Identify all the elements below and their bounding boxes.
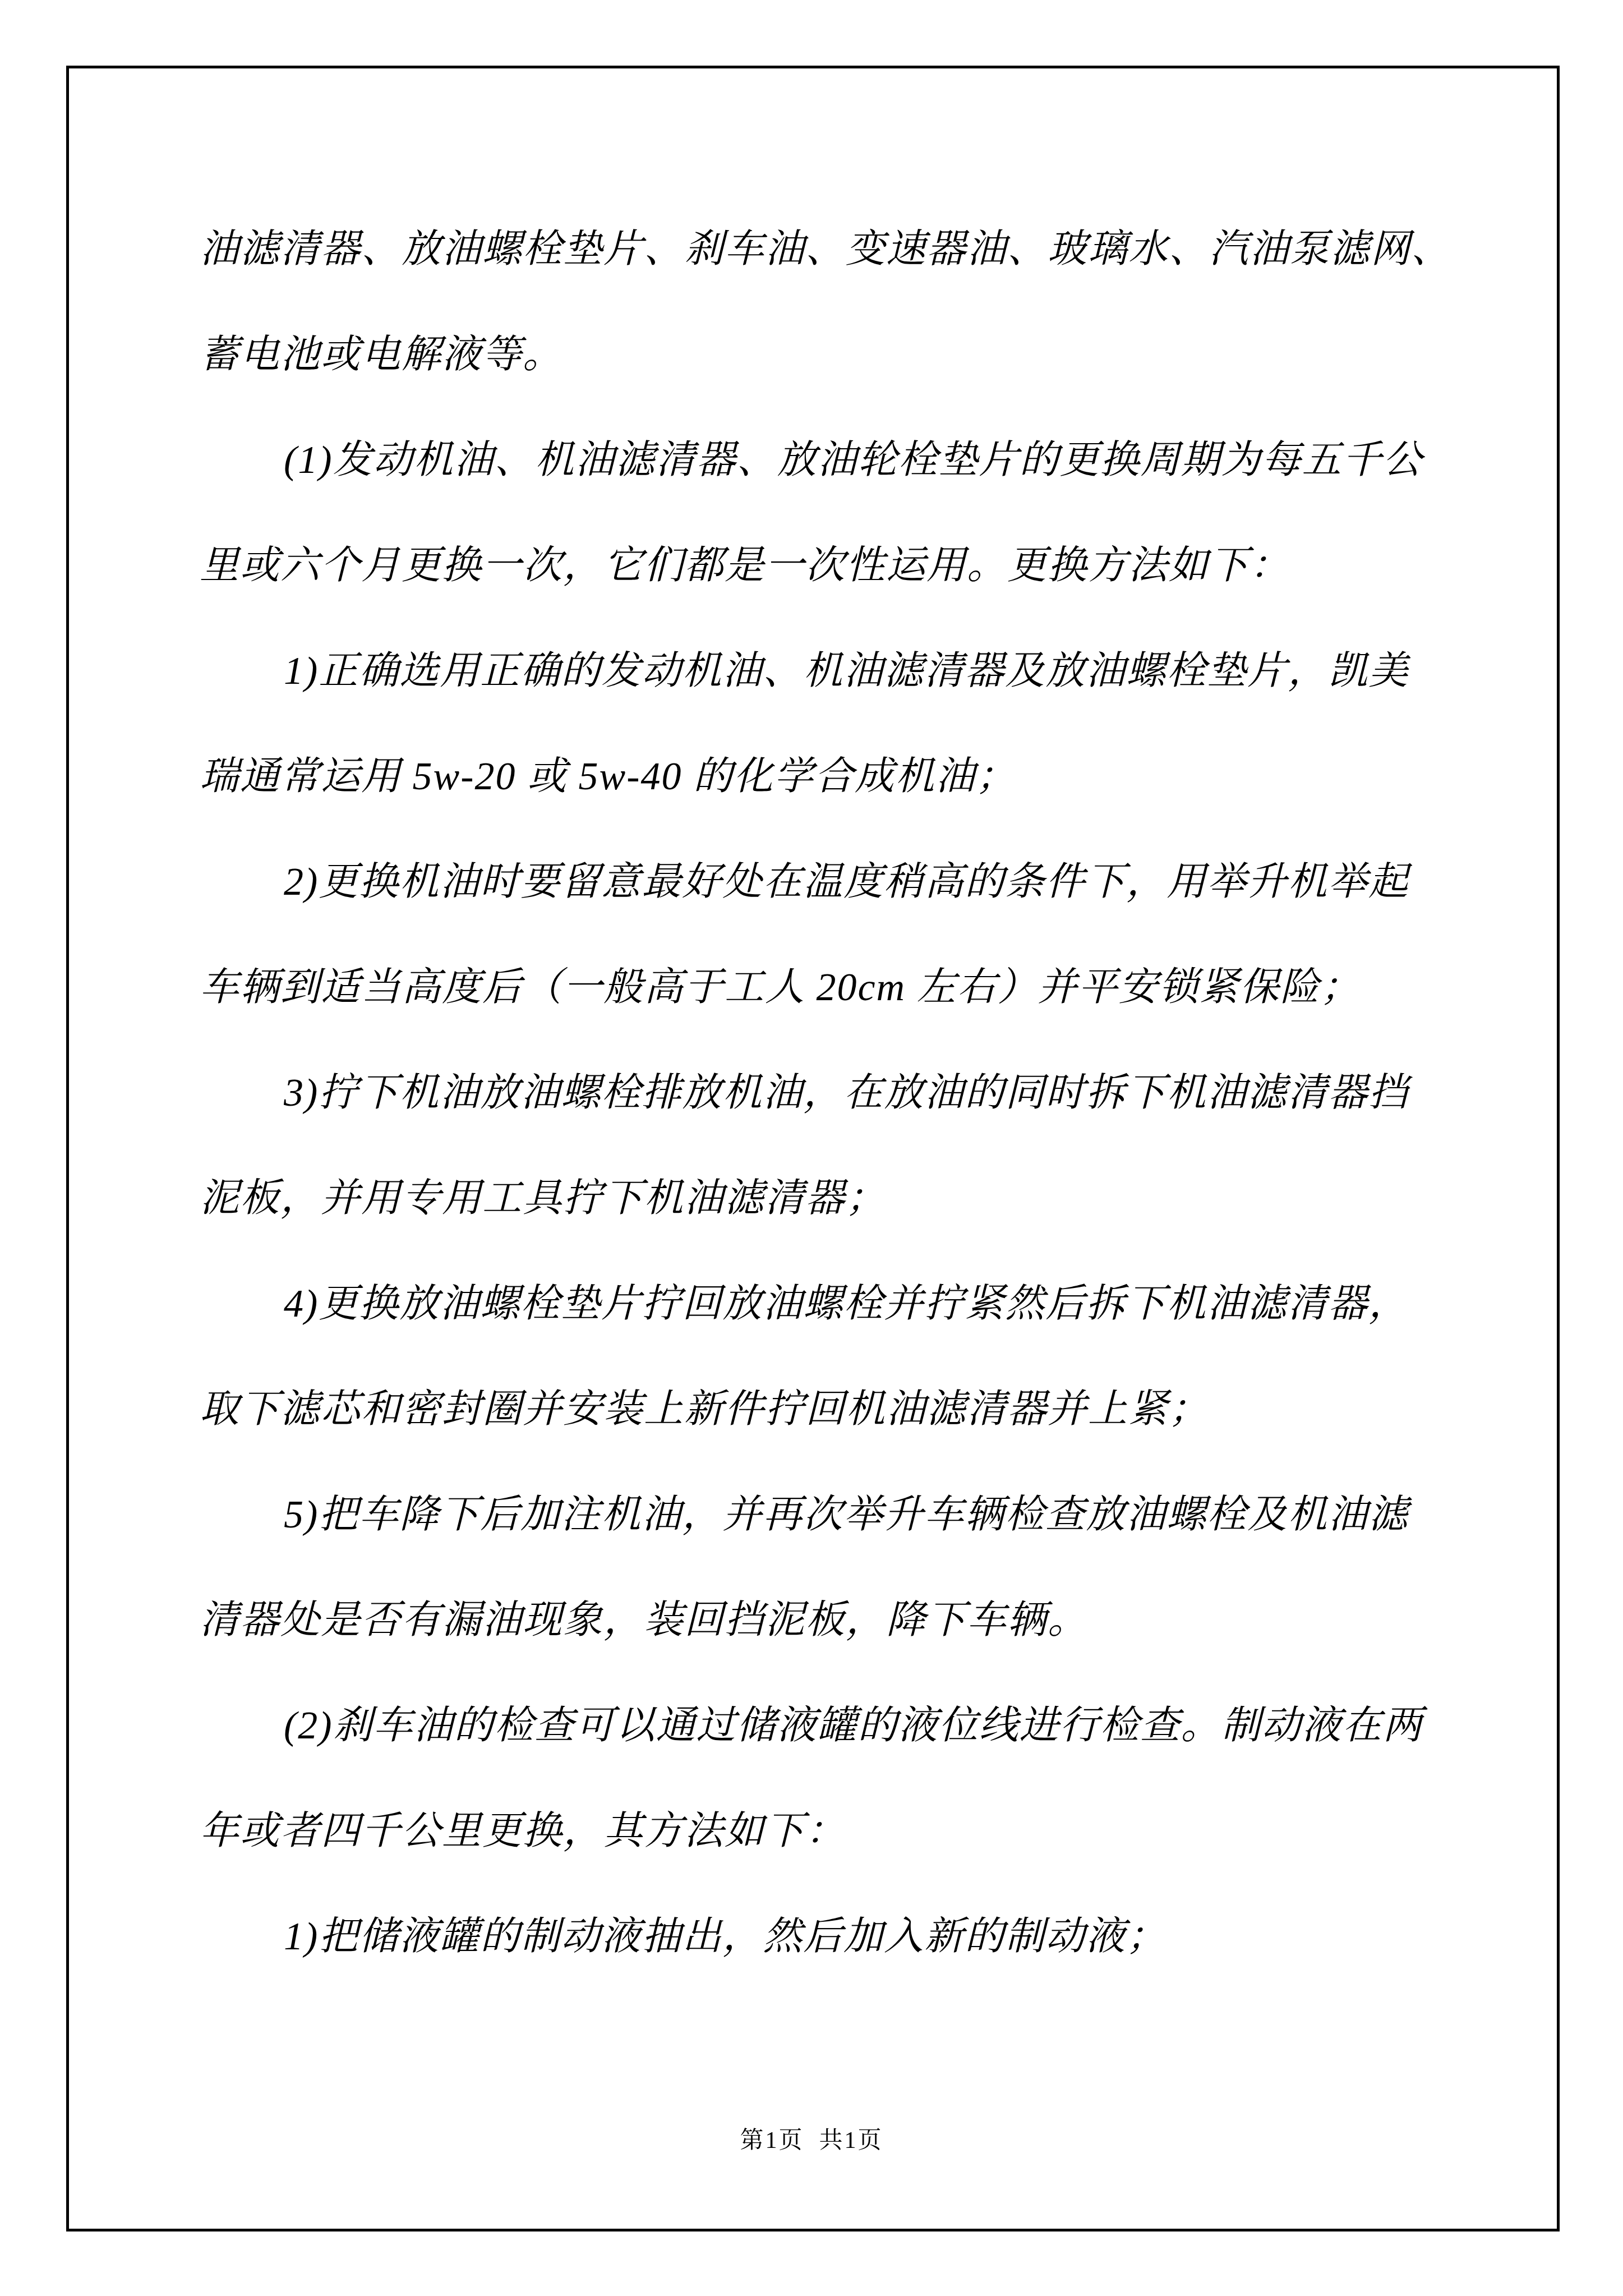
text-line: 年或者四千公里更换，其方法如下： [200,1779,1456,1884]
text-line: (2)刹车油的检查可以通过储液罐的液位线进行检查。制动液在两 [200,1673,1456,1779]
text-line: 2)更换机油时要留意最好处在温度稍高的条件下，用举升机举起 [200,830,1456,935]
document-body: 油滤清器、放油螺栓垫片、刹车油、变速器油、玻璃水、汽油泵滤网、蓄电池或电解液等。… [200,197,1456,1990]
text-line: 油滤清器、放油螺栓垫片、刹车油、变速器油、玻璃水、汽油泵滤网、 [200,197,1456,302]
text-line: 5)把车降下后加注机油，并再次举升车辆检查放油螺栓及机油滤 [200,1462,1456,1568]
text-line: 1)把储液罐的制动液抽出，然后加入新的制动液； [200,1884,1456,1990]
text-line: 4)更换放油螺栓垫片拧回放油螺栓并拧紧然后拆下机油滤清器， [200,1251,1456,1357]
document-page: 油滤清器、放油螺栓垫片、刹车油、变速器油、玻璃水、汽油泵滤网、蓄电池或电解液等。… [0,0,1623,2296]
text-line: 取下滤芯和密封圈并安装上新件拧回机油滤清器并上紧； [200,1357,1456,1462]
text-line: 蓄电池或电解液等。 [200,302,1456,408]
text-line: 里或六个月更换一次，它们都是一次性运用。更换方法如下： [200,513,1456,619]
text-line: 清器处是否有漏油现象，装回挡泥板，降下车辆。 [200,1568,1456,1673]
text-line: 泥板，并用专用工具拧下机油滤清器； [200,1146,1456,1251]
text-line: 3)拧下机油放油螺栓排放机油，在放油的同时拆下机油滤清器挡 [200,1041,1456,1146]
text-line: 1)正确选用正确的发动机油、机油滤清器及放油螺栓垫片，凯美 [200,619,1456,724]
page-number-text: 第1页 共1页 [740,2128,883,2154]
text-line: 车辆到适当高度后（一般高于工人 20cm 左右）并平安锁紧保险； [200,935,1456,1041]
text-line: (1)发动机油、机油滤清器、放油轮栓垫片的更换周期为每五千公 [200,408,1456,513]
page-footer: 第1页 共1页 [0,2124,1623,2157]
text-line: 瑞通常运用 5w-20 或 5w-40 的化学合成机油； [200,724,1456,830]
